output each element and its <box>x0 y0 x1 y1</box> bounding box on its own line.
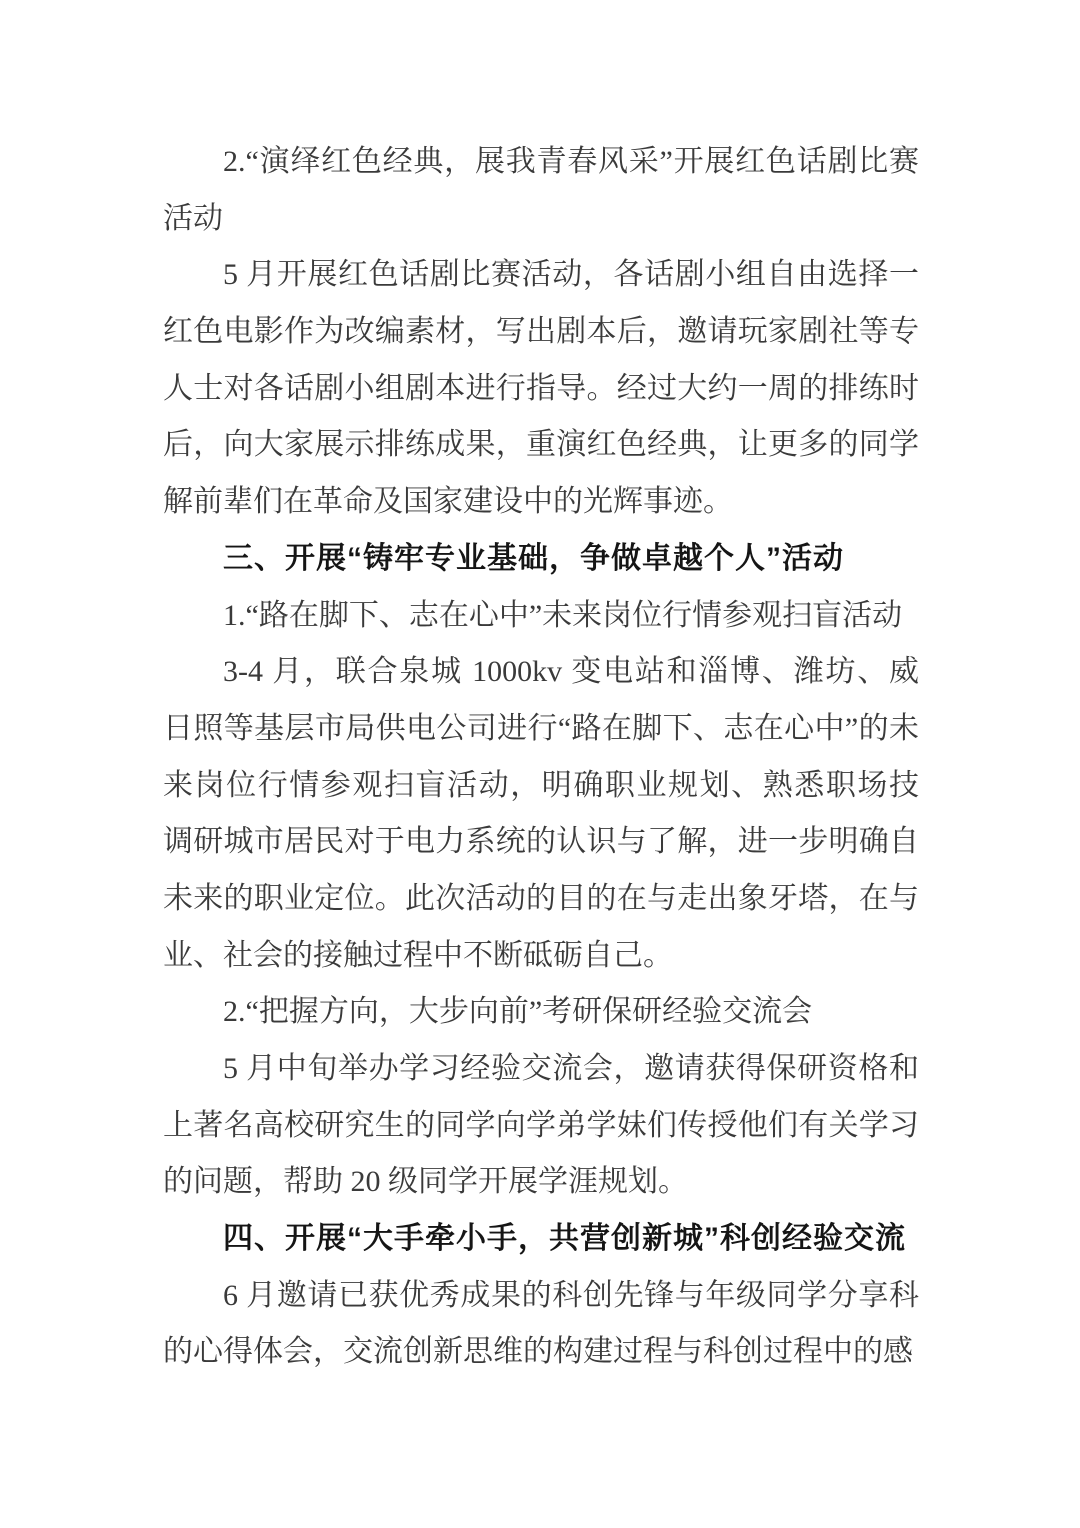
text-line: 2.“演绎红色经典，展我青春风采”开展红色话剧比赛 <box>163 134 919 191</box>
paragraph: 5 月开展红色话剧比赛活动，各话剧小组自由选择一部红色电影作为改编素材，写出剧本… <box>163 247 919 530</box>
text-line: 的问题，帮助 20 级同学开展学涯规划。 <box>163 1154 919 1211</box>
document-content: 2.“演绎红色经典，展我青春风采”开展红色话剧比赛活动5 月开展红色话剧比赛活动… <box>163 134 919 1381</box>
document-page: 2.“演绎红色经典，展我青春风采”开展红色话剧比赛活动5 月开展红色话剧比赛活动… <box>0 0 1080 1528</box>
text-line: 的心得体会，交流创新思维的构建过程与科创过程中的感悟。 <box>163 1324 919 1381</box>
text-line: 2.“把握方向，大步向前”考研保研经验交流会 <box>163 984 919 1041</box>
text-line: 四、开展“大手牵小手，共营创新城”科创经验交流会 <box>163 1211 919 1268</box>
text-line: 3-4 月，联合泉城 1000kv 变电站和淄博、潍坊、威海、 <box>163 644 919 701</box>
section-heading: 四、开展“大手牵小手，共营创新城”科创经验交流会 <box>163 1211 919 1268</box>
text-line: 6 月邀请已获优秀成果的科创先锋与年级同学分享科创 <box>163 1268 919 1325</box>
section-heading: 三、开展“铸牢专业基础，争做卓越个人”活动 <box>163 531 919 588</box>
text-line: 5 月开展红色话剧比赛活动，各话剧小组自由选择一部 <box>163 247 919 304</box>
paragraph: 2.“演绎红色经典，展我青春风采”开展红色话剧比赛活动 <box>163 134 919 247</box>
paragraph: 5 月中旬举办学习经验交流会，邀请获得保研资格和考上著名高校研究生的同学向学弟学… <box>163 1041 919 1211</box>
paragraph: 2.“把握方向，大步向前”考研保研经验交流会 <box>163 984 919 1041</box>
text-line: 上著名高校研究生的同学向学弟学妹们传授他们有关学习 <box>163 1098 919 1155</box>
text-line: 来岗位行情参观扫盲活动，明确职业规划、熟悉职场技能； <box>163 758 919 815</box>
text-line: 红色电影作为改编素材，写出剧本后，邀请玩家剧社等专业 <box>163 304 919 361</box>
text-line: 解前辈们在革命及国家建设中的光辉事迹。 <box>163 474 919 531</box>
text-line: 日照等基层市局供电公司进行“路在脚下、志在心中”的未 <box>163 701 919 758</box>
text-line: 业、社会的接触过程中不断砥砺自己。 <box>163 928 919 985</box>
text-line: 活动 <box>163 191 919 248</box>
text-line: 三、开展“铸牢专业基础，争做卓越个人”活动 <box>163 531 919 588</box>
text-line: 人士对各话剧小组剧本进行指导。经过大约一周的排练时间 <box>163 361 919 418</box>
text-line: 后，向大家展示排练成果，重演红色经典，让更多的同学了 <box>163 417 919 474</box>
text-line: 未来的职业定位。此次活动的目的在与走出象牙塔，在与行 <box>163 871 919 928</box>
paragraph: 3-4 月，联合泉城 1000kv 变电站和淄博、潍坊、威海、日照等基层市局供电… <box>163 644 919 984</box>
text-line: 5 月中旬举办学习经验交流会，邀请获得保研资格和考 <box>163 1041 919 1098</box>
text-line: 调研城市居民对于电力系统的认识与了解，进一步明确自己 <box>163 814 919 871</box>
paragraph: 6 月邀请已获优秀成果的科创先锋与年级同学分享科创的心得体会，交流创新思维的构建… <box>163 1268 919 1381</box>
paragraph: 1.“路在脚下、志在心中”未来岗位行情参观扫盲活动 <box>163 588 919 645</box>
text-line: 1.“路在脚下、志在心中”未来岗位行情参观扫盲活动 <box>163 588 919 645</box>
